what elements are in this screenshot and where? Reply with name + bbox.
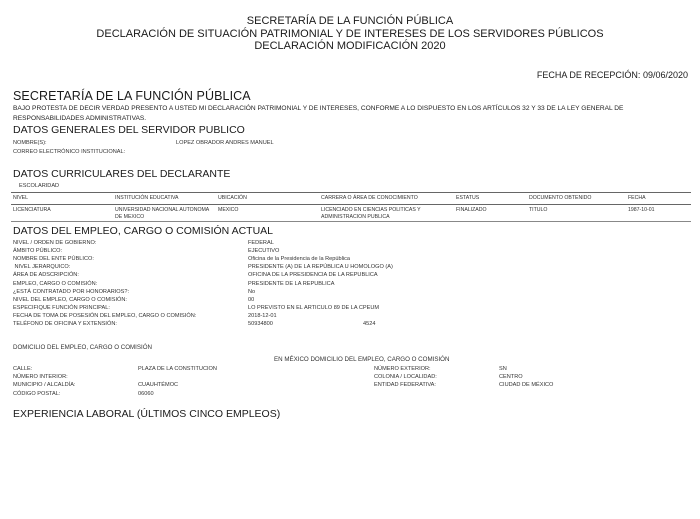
empleo-field-row: EMPLEO, CARGO O COMISIÓN:PRESIDENTE DE L… <box>13 281 693 289</box>
column-header: FECHA <box>626 193 691 205</box>
empleo-field-label: ESPECIFIQUE FUNCIÓN PRINCIPAL: <box>13 305 110 311</box>
column-header: CARRERA O ÁREA DE CONOCIMIENTO <box>319 193 454 205</box>
colonia-label: COLONIA / LOCALIDAD: <box>374 374 437 380</box>
empleo-field-row: NIVEL / ORDEN DE GOBIERNO:FEDERAL <box>13 240 693 248</box>
empleo-field-row: ÁREA DE ADSCRIPCIÓN:OFICINA DE LA PRESID… <box>13 272 693 280</box>
column-header: NIVEL <box>11 193 113 205</box>
calle-value: PLAZA DE LA CONSTITUCION <box>138 366 217 372</box>
correo-label: CORREO ELECTRÓNICO INSTITUCIONAL: <box>13 149 125 155</box>
empleo-field-label: NIVEL JERARQUICO: <box>13 264 70 270</box>
numero-interior-label: NÚMERO INTERIOR: <box>13 374 68 380</box>
nombre-label: NOMBRE(S): <box>13 140 47 146</box>
municipio-label: MUNICIPIO / ALCALDÍA: <box>13 382 75 388</box>
empleo-field-value: 2018-12-01 <box>248 313 277 319</box>
nombre-value: LOPEZ OBRADOR ANDRES MANUEL <box>176 140 274 146</box>
domicilio-title: DOMICILIO DEL EMPLEO, CARGO O COMISIÓN <box>13 344 152 351</box>
cell-institucion: UNIVERSIDAD NACIONAL AUTONOMA DE MEXICO <box>113 205 216 222</box>
empleo-field-label: TELÉFONO DE OFICINA Y EXTENSIÓN: <box>13 321 117 327</box>
table-header-row: NIVEL INSTITUCIÓN EDUCATIVA UBICACIÓN CA… <box>11 193 691 205</box>
entidad-label: ENTIDAD FEDERATIVA: <box>374 382 436 388</box>
empleo-field-value: PRESIDENTE DE LA REPUBLICA <box>248 281 334 287</box>
empleo-field-value: Oficina de la Presidencia de la Repúblic… <box>248 256 350 262</box>
empleo-field-row: NOMBRE DEL ENTE PÚBLICO:Oficina de la Pr… <box>13 256 693 264</box>
column-header: ESTATUS <box>454 193 527 205</box>
empleo-field-label: NOMBRE DEL ENTE PÚBLICO: <box>13 256 94 262</box>
cell-ubicacion: MEXICO <box>216 205 319 222</box>
empleo-field-value: FEDERAL <box>248 240 274 246</box>
section-title-empleo: DATOS DEL EMPLEO, CARGO O COMISIÓN ACTUA… <box>13 225 273 237</box>
table-row: LICENCIATURA UNIVERSIDAD NACIONAL AUTONO… <box>11 205 691 222</box>
municipio-value: CUAUHTÉMOC <box>138 382 178 388</box>
section-title-datos-generales: DATOS GENERALES DEL SERVIDOR PUBLICO <box>13 124 245 136</box>
empleo-field-value: 50934800 <box>248 321 273 327</box>
escolaridad-table: NIVEL INSTITUCIÓN EDUCATIVA UBICACIÓN CA… <box>11 192 691 222</box>
empleo-field-label: ÁMBITO PÚBLICO: <box>13 248 62 254</box>
escolaridad-label: ESCOLARIDAD <box>19 183 59 189</box>
empleo-field-label: FECHA DE TOMA DE POSESIÓN DEL EMPLEO, CA… <box>13 313 196 319</box>
empleo-field-row: NIVEL DEL EMPLEO, CARGO O COMISIÓN:00 <box>13 297 693 305</box>
numero-exterior-value: SN <box>499 366 507 372</box>
colonia-value: CENTRO <box>499 374 523 380</box>
empleo-field-row: FECHA DE TOMA DE POSESIÓN DEL EMPLEO, CA… <box>13 313 693 321</box>
empleo-field-value: EJECUTIVO <box>248 248 279 254</box>
domicilio-subtitle: EN MÉXICO DOMICILIO DEL EMPLEO, CARGO O … <box>274 356 449 363</box>
reception-date: FECHA DE RECEPCIÓN: 09/06/2020 <box>537 70 688 80</box>
document-header: SECRETARÍA DE LA FUNCIÓN PÚBLICA DECLARA… <box>0 15 700 53</box>
reception-date-value: 09/06/2020 <box>643 70 688 80</box>
empleo-field-label: EMPLEO, CARGO O COMISIÓN: <box>13 281 97 287</box>
empleo-field-row: NIVEL JERARQUICO:PRESIDENTE (A) DE LA RE… <box>13 264 693 272</box>
cell-documento: TITULO <box>527 205 626 222</box>
codigo-postal-label: CÓDIGO POSTAL: <box>13 391 60 397</box>
empleo-field-extension: 4524 <box>363 321 375 327</box>
empleo-field-label: NIVEL / ORDEN DE GOBIERNO: <box>13 240 96 246</box>
empleo-field-label: ¿ESTÁ CONTRATADO POR HONORARIOS?: <box>13 289 129 295</box>
header-declaration-title: DECLARACIÓN DE SITUACIÓN PATRIMONIAL Y D… <box>0 28 700 41</box>
empleo-field-row: ÁMBITO PÚBLICO:EJECUTIVO <box>13 248 693 256</box>
empleo-field-value: LO PREVISTO EN EL ARTICULO 89 DE LA CPEU… <box>248 305 379 311</box>
reception-date-label: FECHA DE RECEPCIÓN: <box>537 70 641 80</box>
empleo-field-label: ÁREA DE ADSCRIPCIÓN: <box>13 272 79 278</box>
cell-estatus: FINALIZADO <box>454 205 527 222</box>
cell-carrera: LICENCIADO EN CIENCIAS POLITICAS Y ADMIN… <box>319 205 454 222</box>
protesta-text: BAJO PROTESTA DE DECIR VERDAD PRESENTO A… <box>13 104 693 123</box>
entidad-value: CIUDAD DE MÉXICO <box>499 382 553 388</box>
cell-nivel: LICENCIATURA <box>11 205 113 222</box>
numero-exterior-label: NÚMERO EXTERIOR: <box>374 366 431 372</box>
section-title-curriculares: DATOS CURRICULARES DEL DECLARANTE <box>13 168 230 180</box>
codigo-postal-value: 06060 <box>138 391 154 397</box>
column-header: INSTITUCIÓN EDUCATIVA <box>113 193 216 205</box>
header-declaration-type: DECLARACIÓN MODIFICACIÓN 2020 <box>0 40 700 53</box>
empleo-field-row: TELÉFONO DE OFICINA Y EXTENSIÓN:50934800… <box>13 321 693 329</box>
empleo-field-value: OFICINA DE LA PRESIDENCIA DE LA REPUBLIC… <box>248 272 378 278</box>
empleo-field-row: ¿ESTÁ CONTRATADO POR HONORARIOS?:No <box>13 289 693 297</box>
empleo-field-value: No <box>248 289 255 295</box>
section-title-experiencia: EXPERIENCIA LABORAL (ÚLTIMOS CINCO EMPLE… <box>13 408 280 420</box>
calle-label: CALLE: <box>13 366 32 372</box>
header-institution: SECRETARÍA DE LA FUNCIÓN PÚBLICA <box>0 15 700 28</box>
cell-fecha: 1987-10-01 <box>626 205 691 222</box>
empleo-field-row: ESPECIFIQUE FUNCIÓN PRINCIPAL:LO PREVIST… <box>13 305 693 313</box>
column-header: UBICACIÓN <box>216 193 319 205</box>
column-header: DOCUMENTO OBTENIDO <box>527 193 626 205</box>
empleo-field-value: 00 <box>248 297 254 303</box>
empleo-field-label: NIVEL DEL EMPLEO, CARGO O COMISIÓN: <box>13 297 127 303</box>
empleo-field-value: PRESIDENTE (A) DE LA REPÚBLICA U HOMOLOG… <box>248 264 393 270</box>
section-title-secretaria: SECRETARÍA DE LA FUNCIÓN PÚBLICA <box>13 89 251 103</box>
